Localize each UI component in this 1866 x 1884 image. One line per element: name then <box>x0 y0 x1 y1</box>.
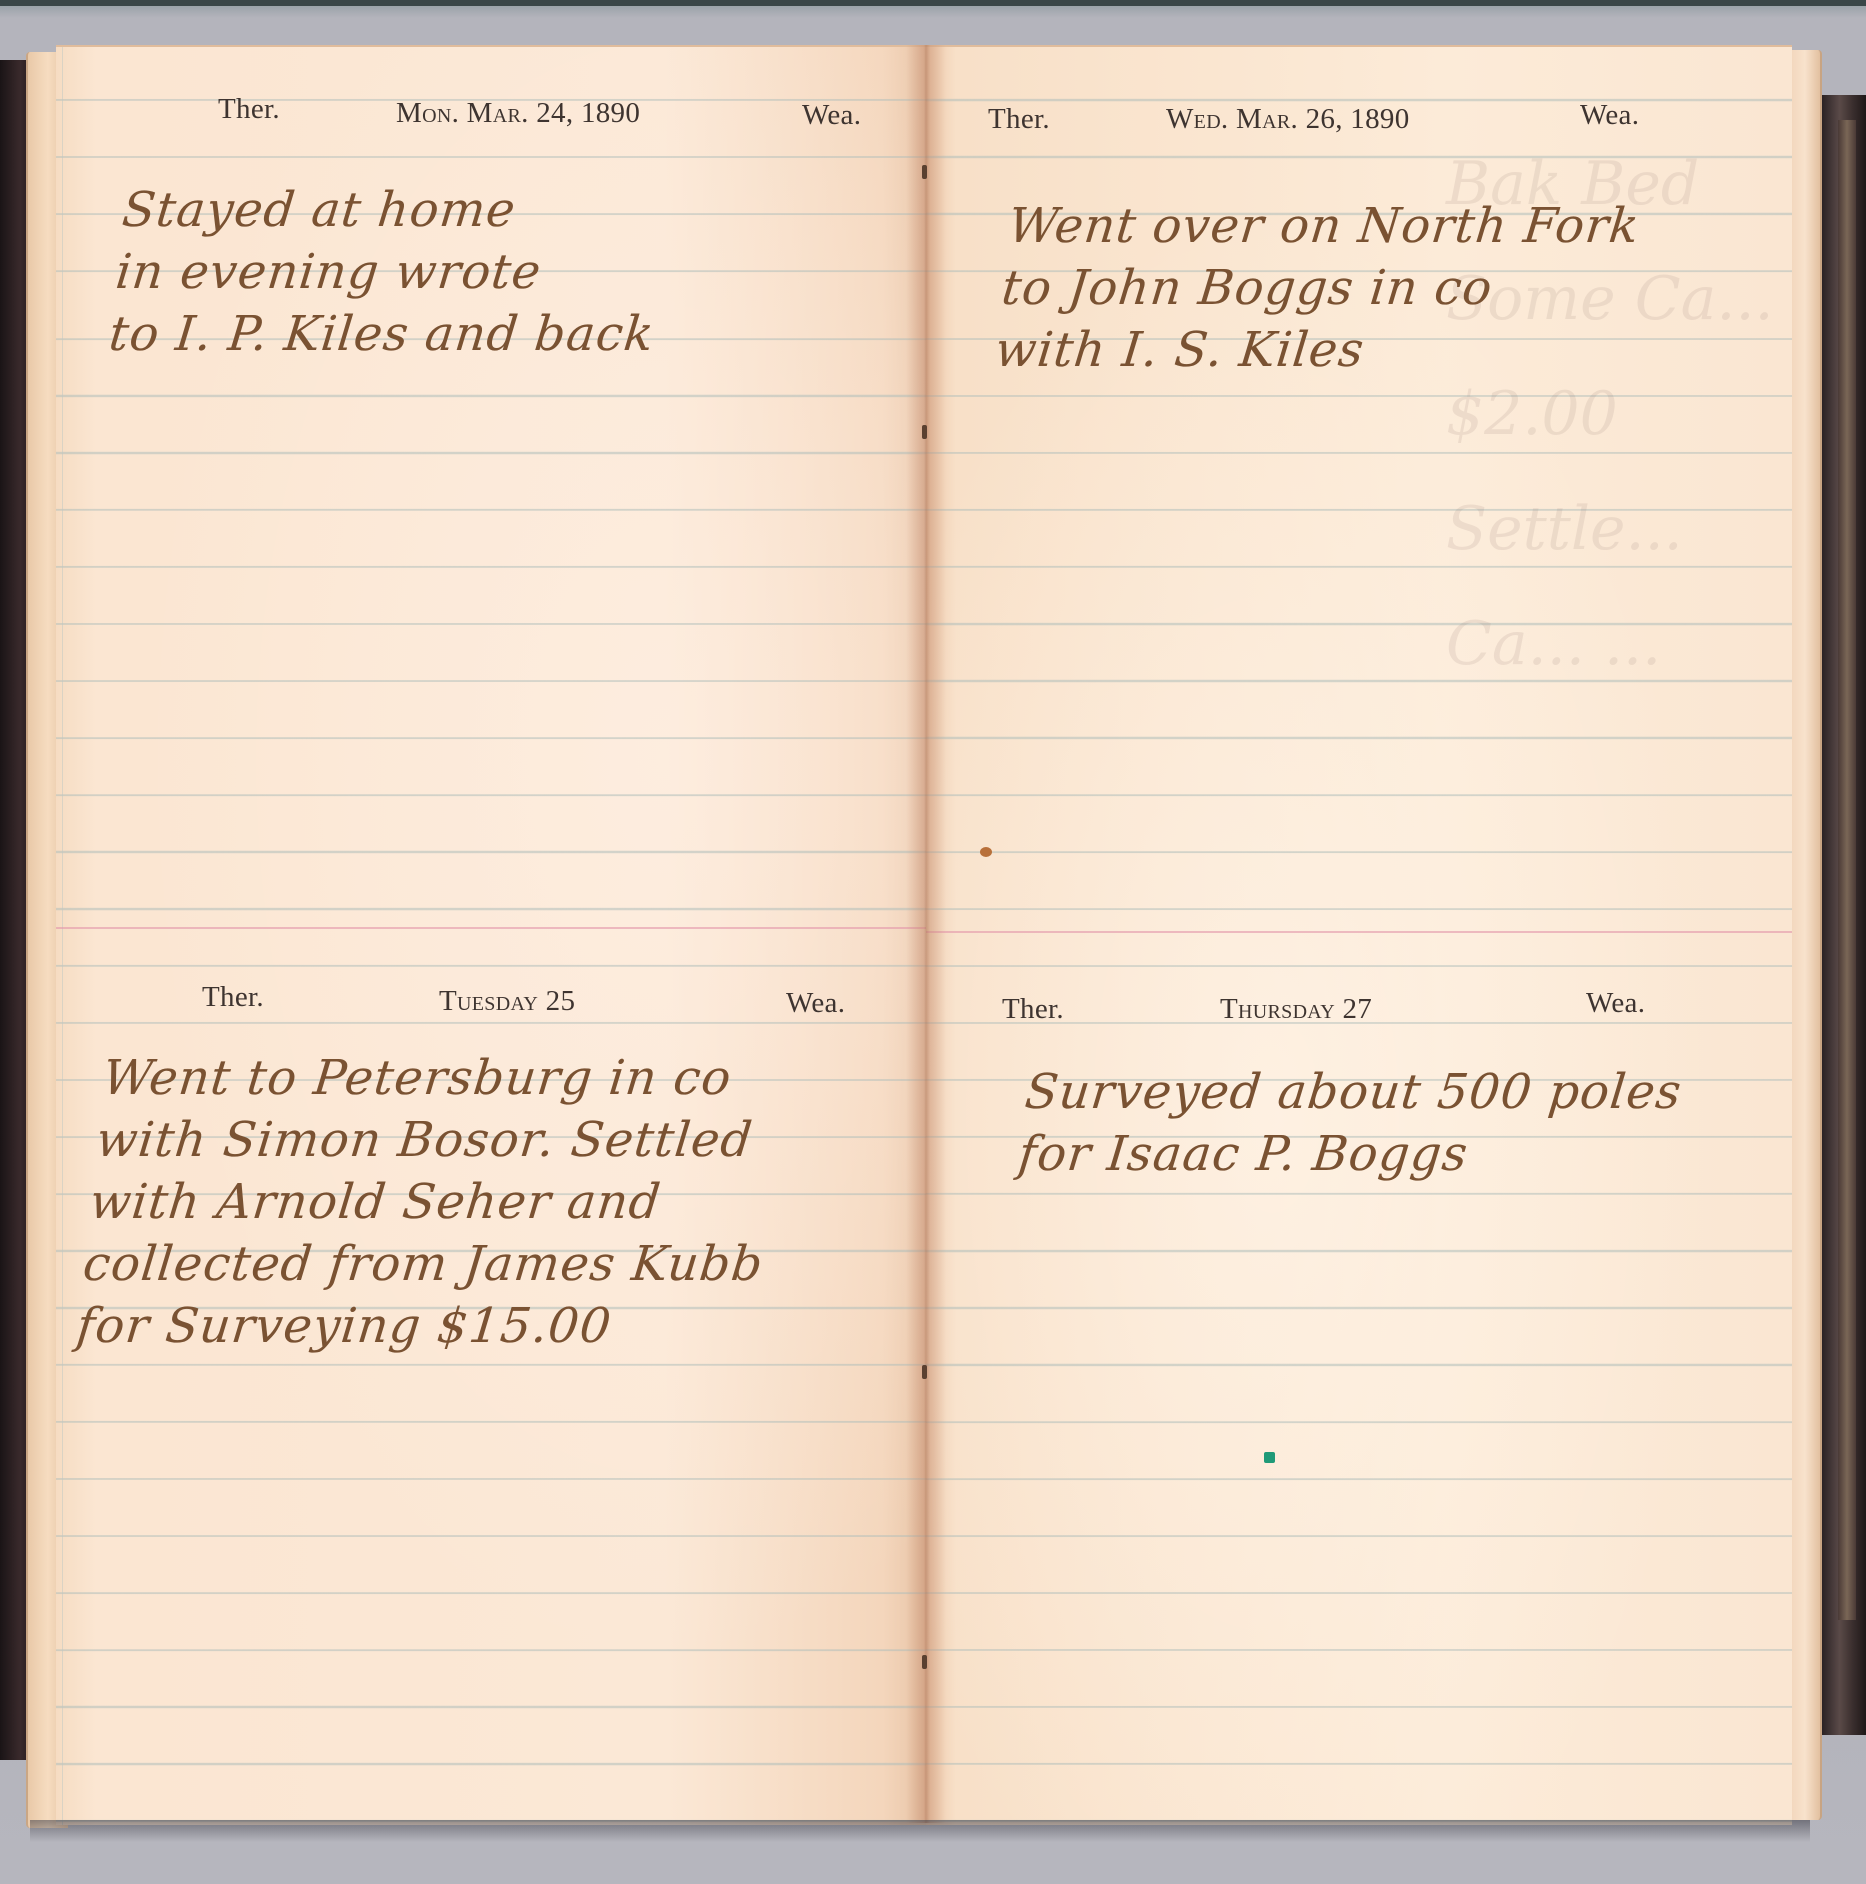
handwritten-entry: Stayed at home in evening wrote to I. P.… <box>106 179 906 365</box>
left-page: Ther. Mon. Mar. 24, 1890 Wea. Stayed at … <box>56 45 926 1825</box>
diary-entry-mar-25: Ther. Tuesday 25 Wea. Went to Petersburg… <box>56 929 926 1825</box>
diary-entry-mar-27: Ther. Thursday 27 Wea. Surveyed about 50… <box>926 933 1792 1825</box>
right-page: Bak Bed Some Ca... $2.00 Settle... Ca...… <box>926 45 1792 1825</box>
handwritten-entry: Went over on North Fork to John Boggs in… <box>992 195 1792 381</box>
weather-label: Wea. <box>1580 99 1639 132</box>
weather-label: Wea. <box>786 987 845 1020</box>
thermometer-label: Ther. <box>1002 993 1064 1026</box>
diary-entry-mar-24: Ther. Mon. Mar. 24, 1890 Wea. Stayed at … <box>56 47 926 927</box>
entry-date: Thursday 27 <box>1220 993 1372 1026</box>
thermometer-label: Ther. <box>218 93 280 126</box>
scanner-top-edge <box>0 0 1866 6</box>
binding-stitch <box>922 425 927 439</box>
book-binding-strap <box>1838 120 1856 1620</box>
binding-stitch <box>922 1655 927 1669</box>
binding-stitch <box>922 1365 927 1379</box>
book-spine-gutter <box>906 45 946 1823</box>
entry-date: Wed. Mar. 26, 1890 <box>1166 103 1410 136</box>
binding-stitch <box>922 165 927 179</box>
thermometer-label: Ther. <box>988 103 1050 136</box>
green-ink-spot <box>1264 1452 1275 1463</box>
thermometer-label: Ther. <box>202 981 264 1014</box>
handwritten-entry: Went to Petersburg in co with Simon Boso… <box>74 1047 926 1357</box>
ink-stain <box>980 847 992 857</box>
handwritten-entry: Surveyed about 500 poles for Isaac P. Bo… <box>1015 1061 1792 1185</box>
page-stack-edge-right <box>1790 50 1822 1820</box>
book-shadow <box>30 1820 1810 1842</box>
entry-date: Tuesday 25 <box>439 985 575 1018</box>
entry-date: Mon. Mar. 24, 1890 <box>396 97 640 130</box>
weather-label: Wea. <box>1586 987 1645 1020</box>
weather-label: Wea. <box>802 99 861 132</box>
diary-entry-mar-26: Ther. Wed. Mar. 26, 1890 Wea. Went over … <box>926 47 1792 927</box>
